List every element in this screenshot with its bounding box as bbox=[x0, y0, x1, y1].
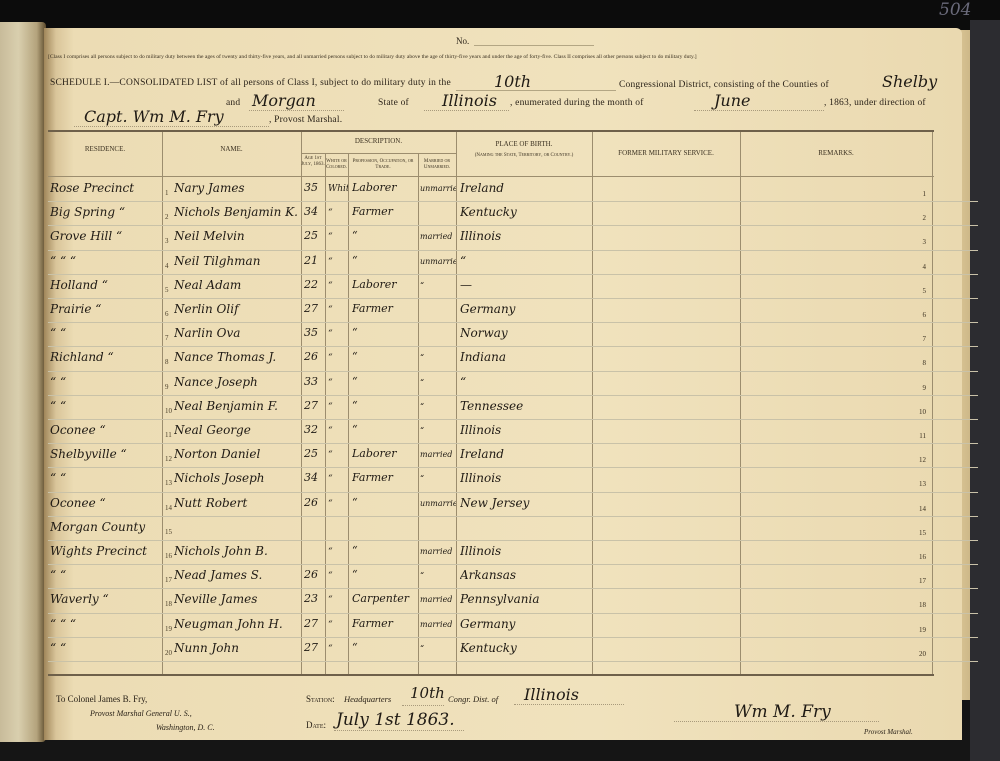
row-number: 12 bbox=[912, 456, 926, 464]
entry-number: 5 bbox=[165, 286, 169, 294]
age-cell: 22 bbox=[304, 278, 325, 291]
occupation-cell: “ bbox=[352, 326, 418, 339]
state-blank bbox=[424, 110, 509, 111]
district-suffix: Congressional District, consisting of th… bbox=[619, 80, 829, 90]
residence-cell: Shelbyville “ bbox=[50, 447, 162, 461]
name-cell: Nead James S. bbox=[174, 568, 301, 582]
station-state: Illinois bbox=[524, 685, 579, 704]
row-number: 5 bbox=[912, 287, 926, 295]
name-cell: Nance Thomas J. bbox=[174, 350, 301, 364]
age-cell: 26 bbox=[304, 568, 325, 581]
entry-number: 15 bbox=[165, 528, 172, 536]
year-label: , 1863, under direction of bbox=[824, 98, 926, 108]
state-label: State of bbox=[378, 98, 409, 108]
age-cell: 23 bbox=[304, 592, 325, 605]
birth-cell: Illinois bbox=[460, 544, 592, 558]
station-label: Station: bbox=[306, 694, 335, 704]
page-number: 504 bbox=[939, 0, 971, 20]
entry-number: 6 bbox=[165, 310, 169, 318]
entry-number: 19 bbox=[165, 625, 172, 633]
married-cell: married bbox=[420, 620, 456, 629]
age-cell: 35 bbox=[304, 181, 325, 194]
ledger-page: 504 No. [Class I comprises all persons s… bbox=[44, 28, 962, 740]
header-bottom-rule bbox=[48, 176, 934, 177]
entry-number: 3 bbox=[165, 237, 169, 245]
occupation-cell: Farmer bbox=[352, 205, 418, 218]
birth-cell: Illinois bbox=[460, 423, 592, 437]
station-hq: Headquarters bbox=[344, 694, 391, 704]
col-profession: Profession, Occupation, or Trade. bbox=[348, 159, 418, 171]
station-district: 10th bbox=[410, 684, 445, 702]
age-cell: 26 bbox=[304, 496, 325, 509]
residence-cell: “ “ bbox=[50, 471, 162, 485]
birth-cell: Illinois bbox=[460, 229, 592, 243]
residence-cell: “ “ bbox=[50, 641, 162, 655]
table-row: Big Spring “2Nichols Benjamin K.34“Farme… bbox=[44, 202, 962, 226]
occupation-cell: “ bbox=[352, 641, 418, 654]
residence-cell: Wights Precinct bbox=[50, 544, 162, 558]
occupation-cell: “ bbox=[352, 568, 418, 581]
married-cell: married bbox=[420, 450, 456, 459]
occupation-cell: “ bbox=[352, 399, 418, 412]
table-row: Shelbyville “12Norton Daniel25“Laborerma… bbox=[44, 444, 962, 468]
col-residence: RESIDENCE. bbox=[48, 146, 162, 153]
table-row: “ “10Neal Benjamin F.27“““Tennessee10 bbox=[44, 396, 962, 420]
scan-right-edge bbox=[970, 20, 1000, 761]
marshal-label: , Provost Marshal. bbox=[269, 115, 342, 125]
residence-cell: “ “ bbox=[50, 399, 162, 413]
table-row: Richland “8Nance Thomas J.26“““Indiana8 bbox=[44, 347, 962, 371]
married-cell: married bbox=[420, 232, 456, 241]
name-cell: Neugman John H. bbox=[174, 617, 301, 631]
occupation-cell: “ bbox=[352, 423, 418, 436]
date-value: July 1st 1863. bbox=[336, 710, 455, 730]
entry-number: 7 bbox=[165, 334, 169, 342]
color-cell: “ bbox=[328, 595, 348, 605]
entry-number: 14 bbox=[165, 504, 172, 512]
residence-cell: “ “ bbox=[50, 568, 162, 582]
col-birth: PLACE OF BIRTH. bbox=[456, 141, 592, 148]
occupation-cell: “ bbox=[352, 496, 418, 509]
row-number: 2 bbox=[912, 214, 926, 222]
desc-subrule bbox=[301, 153, 456, 154]
age-cell: 27 bbox=[304, 617, 325, 630]
age-cell: 27 bbox=[304, 399, 325, 412]
name-cell: Norton Daniel bbox=[174, 447, 301, 461]
residence-cell: “ “ bbox=[50, 326, 162, 340]
name-cell: Nichols Benjamin K. bbox=[174, 205, 301, 219]
birth-cell: Ireland bbox=[460, 447, 592, 461]
entry-number: 16 bbox=[165, 552, 172, 560]
residence-cell: Richland “ bbox=[50, 350, 162, 364]
birth-cell: Illinois bbox=[460, 471, 592, 485]
row-number: 16 bbox=[912, 553, 926, 561]
birth-cell: Tennessee bbox=[460, 399, 592, 413]
birth-cell: Germany bbox=[460, 302, 592, 316]
color-cell: “ bbox=[328, 499, 348, 509]
table-row: “ “9Nance Joseph33““““9 bbox=[44, 372, 962, 396]
entry-number: 4 bbox=[165, 262, 169, 270]
to-line: To Colonel James B. Fry, bbox=[56, 694, 147, 704]
occupation-cell: Farmer bbox=[352, 617, 418, 630]
married-cell: “ bbox=[420, 571, 456, 580]
name-cell: Nutt Robert bbox=[174, 496, 301, 510]
residence-cell: Oconee “ bbox=[50, 496, 162, 510]
row-number: 10 bbox=[912, 408, 926, 416]
color-cell: White bbox=[328, 184, 348, 194]
row-number: 15 bbox=[912, 529, 926, 537]
occupation-cell: Farmer bbox=[352, 302, 418, 315]
color-cell: “ bbox=[328, 644, 348, 654]
name-cell: Nichols Joseph bbox=[174, 471, 301, 485]
row-number: 8 bbox=[912, 359, 926, 367]
name-cell: Neal Adam bbox=[174, 278, 301, 292]
age-cell: 25 bbox=[304, 229, 325, 242]
schedule-heading: SCHEDULE I.—CONSOLIDATED LIST of all per… bbox=[50, 78, 451, 88]
county-1: Shelby bbox=[882, 72, 937, 91]
color-cell: “ bbox=[328, 620, 348, 630]
age-cell: 34 bbox=[304, 205, 325, 218]
row-number: 4 bbox=[912, 263, 926, 271]
occupation-cell: Laborer bbox=[352, 447, 418, 460]
col-description: DESCRIPTION. bbox=[301, 138, 456, 145]
color-cell: “ bbox=[328, 305, 348, 315]
district-value: 10th bbox=[494, 72, 531, 91]
number-label: No. bbox=[456, 36, 469, 46]
married-cell: “ bbox=[420, 402, 456, 411]
entry-number: 18 bbox=[165, 600, 172, 608]
birth-cell: — bbox=[460, 278, 592, 292]
table-bottom-rule bbox=[48, 674, 934, 676]
occupation-cell: “ bbox=[352, 375, 418, 388]
birth-cell: Arkansas bbox=[460, 568, 592, 582]
married-cell: married bbox=[420, 595, 456, 604]
birth-cell: Pennsylvania bbox=[460, 592, 592, 606]
row-rule bbox=[48, 661, 978, 662]
color-cell: “ bbox=[328, 353, 348, 363]
row-number: 18 bbox=[912, 601, 926, 609]
col-remarks: REMARKS. bbox=[740, 150, 932, 157]
birth-cell: New Jersey bbox=[460, 496, 592, 510]
col-white-colored: White or Colored. bbox=[325, 159, 348, 171]
marshal-blank bbox=[74, 126, 269, 127]
name-cell: Nunn John bbox=[174, 641, 301, 655]
col-birth-note: (Naming the State, Territory, or Country… bbox=[462, 153, 586, 159]
color-cell: “ bbox=[328, 329, 348, 339]
name-cell: Narlin Ova bbox=[174, 326, 301, 340]
entry-number: 10 bbox=[165, 407, 172, 415]
age-cell: 32 bbox=[304, 423, 325, 436]
table-row: Oconee “14Nutt Robert26““unmarriedNew Je… bbox=[44, 493, 962, 517]
residence-cell: Prairie “ bbox=[50, 302, 162, 316]
entry-number: 20 bbox=[165, 649, 172, 657]
residence-cell: Waverly “ bbox=[50, 592, 162, 606]
signature-blank bbox=[674, 721, 879, 722]
birth-cell: Indiana bbox=[460, 350, 592, 364]
table-row: Grove Hill “3Neil Melvin25““marriedIllin… bbox=[44, 226, 962, 250]
month-value: June bbox=[714, 91, 751, 110]
color-cell: “ bbox=[328, 402, 348, 412]
age-cell: 25 bbox=[304, 447, 325, 460]
table-top-rule bbox=[48, 130, 934, 132]
county2-blank bbox=[249, 110, 344, 111]
married-cell: “ bbox=[420, 474, 456, 483]
age-cell: 21 bbox=[304, 254, 325, 267]
table-row: Morgan County1515 bbox=[44, 517, 962, 541]
color-cell: “ bbox=[328, 450, 348, 460]
color-cell: “ bbox=[328, 378, 348, 388]
table-row: Rose Precinct1Nary James35WhiteLaborerun… bbox=[44, 178, 962, 202]
occupation-cell: “ bbox=[352, 229, 418, 242]
station-congr: Congr. Dist. of bbox=[448, 694, 498, 704]
married-cell: “ bbox=[420, 353, 456, 362]
signature: Wm M. Fry bbox=[734, 702, 831, 722]
row-number: 1 bbox=[912, 190, 926, 198]
month-blank bbox=[694, 110, 824, 111]
date-label: Date: bbox=[306, 720, 326, 730]
married-cell: married bbox=[420, 547, 456, 556]
table-row: Wights Precinct16Nichols John B.““marrie… bbox=[44, 541, 962, 565]
entry-number: 8 bbox=[165, 358, 169, 366]
name-cell: Neal Benjamin F. bbox=[174, 399, 301, 413]
county-2: Morgan bbox=[252, 91, 316, 110]
married-cell: “ bbox=[420, 644, 456, 653]
state-value: Illinois bbox=[442, 91, 497, 110]
col-name: NAME. bbox=[162, 146, 301, 153]
station-state-blank bbox=[514, 704, 624, 705]
entry-number: 1 bbox=[165, 189, 169, 197]
and-label: and bbox=[226, 98, 240, 108]
entry-number: 13 bbox=[165, 479, 172, 487]
residence-cell: Rose Precinct bbox=[50, 181, 162, 195]
married-cell: unmarried bbox=[420, 184, 456, 193]
row-number: 9 bbox=[912, 384, 926, 392]
age-cell: 33 bbox=[304, 375, 325, 388]
entry-number: 2 bbox=[165, 213, 169, 221]
residence-cell: Holland “ bbox=[50, 278, 162, 292]
row-number: 7 bbox=[912, 335, 926, 343]
age-cell: 27 bbox=[304, 641, 325, 654]
table-row: “ “ “19Neugman John H.27“FarmermarriedGe… bbox=[44, 614, 962, 638]
birth-cell: Ireland bbox=[460, 181, 592, 195]
row-number: 17 bbox=[912, 577, 926, 585]
name-cell: Nichols John B. bbox=[174, 544, 301, 558]
class-note: [Class I comprises all persons subject t… bbox=[48, 54, 697, 60]
date-blank bbox=[334, 730, 464, 731]
color-cell: “ bbox=[328, 257, 348, 267]
occupation-cell: Farmer bbox=[352, 471, 418, 484]
name-cell: Neville James bbox=[174, 592, 301, 606]
table-row: Prairie “6Nerlin Olif27“FarmerGermany6 bbox=[44, 299, 962, 323]
married-cell: unmarried bbox=[420, 499, 456, 508]
table-row: “ “17Nead James S.26“““Arkansas17 bbox=[44, 565, 962, 589]
name-cell: Neal George bbox=[174, 423, 301, 437]
entry-number: 17 bbox=[165, 576, 172, 584]
name-cell: Nerlin Olif bbox=[174, 302, 301, 316]
marshal-value: Capt. Wm M. Fry bbox=[84, 107, 224, 126]
color-cell: “ bbox=[328, 474, 348, 484]
age-cell: 26 bbox=[304, 350, 325, 363]
color-cell: “ bbox=[328, 232, 348, 242]
occupation-cell: Laborer bbox=[352, 181, 418, 194]
birth-cell: Germany bbox=[460, 617, 592, 631]
married-cell: “ bbox=[420, 281, 456, 290]
col-married: Married or Unmarried. bbox=[418, 159, 456, 171]
residence-cell: Oconee “ bbox=[50, 423, 162, 437]
residence-cell: Big Spring “ bbox=[50, 205, 162, 219]
occupation-cell: “ bbox=[352, 254, 418, 267]
name-cell: Nance Joseph bbox=[174, 375, 301, 389]
birth-cell: Norway bbox=[460, 326, 592, 340]
row-number: 6 bbox=[912, 311, 926, 319]
occupation-cell: Laborer bbox=[352, 278, 418, 291]
to-place: Washington, D. C. bbox=[156, 723, 215, 732]
residence-cell: “ “ “ bbox=[50, 254, 162, 268]
to-title: Provost Marshal General U. S., bbox=[90, 709, 192, 718]
month-label: , enumerated during the month of bbox=[510, 98, 644, 108]
married-cell: unmarried bbox=[420, 257, 456, 266]
occupation-cell: “ bbox=[352, 544, 418, 557]
row-number: 3 bbox=[912, 238, 926, 246]
entry-number: 11 bbox=[165, 431, 172, 439]
row-number: 19 bbox=[912, 626, 926, 634]
table-row: “ “13Nichols Joseph34“Farmer“Illinois13 bbox=[44, 468, 962, 492]
married-cell: “ bbox=[420, 378, 456, 387]
entry-number: 9 bbox=[165, 383, 169, 391]
color-cell: “ bbox=[328, 426, 348, 436]
birth-cell: Kentucky bbox=[460, 641, 592, 655]
table-row: “ “20Nunn John27“““Kentucky20 bbox=[44, 638, 962, 662]
facing-page-edge bbox=[0, 22, 46, 742]
birth-cell: Kentucky bbox=[460, 205, 592, 219]
col-age: Age 1st July, 1863. bbox=[301, 156, 325, 167]
row-number: 14 bbox=[912, 505, 926, 513]
row-number: 13 bbox=[912, 480, 926, 488]
residence-cell: “ “ “ bbox=[50, 617, 162, 631]
residence-cell: “ “ bbox=[50, 375, 162, 389]
birth-cell: “ bbox=[460, 375, 592, 389]
age-cell: 34 bbox=[304, 471, 325, 484]
name-cell: Neil Melvin bbox=[174, 229, 301, 243]
signature-title: Provost Marshal. bbox=[864, 728, 913, 736]
col-former-service: FORMER MILITARY SERVICE. bbox=[592, 150, 740, 157]
entry-number: 12 bbox=[165, 455, 172, 463]
name-cell: Nary James bbox=[174, 181, 301, 195]
table-row: Oconee “11Neal George32“““Illinois11 bbox=[44, 420, 962, 444]
occupation-cell: Carpenter bbox=[352, 592, 418, 605]
age-cell: 35 bbox=[304, 326, 325, 339]
name-cell: Neil Tilghman bbox=[174, 254, 301, 268]
occupation-cell: “ bbox=[352, 350, 418, 363]
age-cell: 27 bbox=[304, 302, 325, 315]
number-blank bbox=[474, 45, 594, 46]
birth-cell: “ bbox=[460, 254, 592, 268]
married-cell: “ bbox=[420, 426, 456, 435]
residence-cell: Morgan County bbox=[50, 520, 162, 534]
color-cell: “ bbox=[328, 547, 348, 557]
row-number: 20 bbox=[912, 650, 926, 658]
row-number: 11 bbox=[912, 432, 926, 440]
table-row: “ “ “4Neil Tilghman21““unmarried“4 bbox=[44, 251, 962, 275]
table-row: “ “7Narlin Ova35““Norway7 bbox=[44, 323, 962, 347]
color-cell: “ bbox=[328, 571, 348, 581]
table-row: Waverly “18Neville James23“Carpentermarr… bbox=[44, 589, 962, 613]
table-row: Holland “5Neal Adam22“Laborer“—5 bbox=[44, 275, 962, 299]
station-district-blank bbox=[402, 705, 444, 706]
color-cell: “ bbox=[328, 281, 348, 291]
residence-cell: Grove Hill “ bbox=[50, 229, 162, 243]
color-cell: “ bbox=[328, 208, 348, 218]
